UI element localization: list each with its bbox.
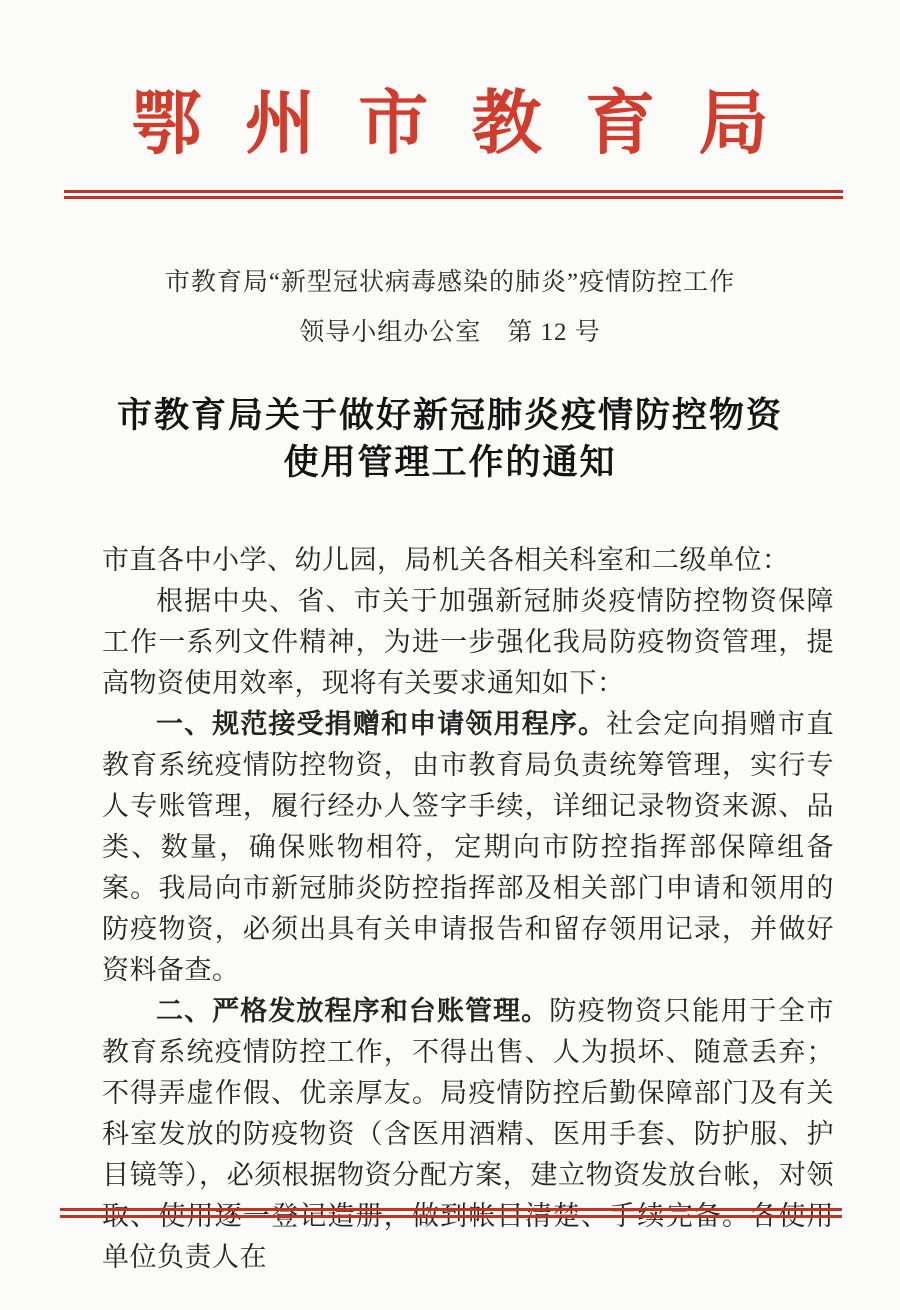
- issuer-line-2: 领导小组办公室 第 12 号: [0, 308, 900, 358]
- salutation: 市直各中小学、幼儿园，局机关各相关科室和二级单位：: [102, 540, 834, 581]
- document-page: 鄂州市教育局 市教育局“新型冠状病毒感染的肺炎”疫情防控工作 领导小组办公室 第…: [0, 0, 900, 1310]
- paragraph-1-text: 根据中央、省、市关于加强新冠肺炎疫情防控物资保障工作一系列文件精神，为进一步强化…: [102, 586, 834, 698]
- paragraph-3-text: 防疫物资只能用于全市教育系统疫情防控工作，不得出售、人为损坏、随意丢弃；不得弄虚…: [102, 996, 834, 1272]
- paragraph-2-lead: 一、规范接受捐赠和申请领用程序。: [156, 709, 606, 739]
- document-title-line-1: 市教育局关于做好新冠肺炎疫情防控物资: [0, 392, 900, 439]
- paragraph-2-text: 社会定向捐赠市直教育系统疫情防控物资，由市教育局负责统筹管理，实行专人专账管理，…: [102, 709, 834, 985]
- paragraph-2: 一、规范接受捐赠和申请领用程序。社会定向捐赠市直教育系统疫情防控物资，由市教育局…: [102, 704, 834, 991]
- footer-rule: [60, 1208, 842, 1218]
- document-body: 市直各中小学、幼儿园，局机关各相关科室和二级单位： 根据中央、省、市关于加强新冠…: [102, 540, 834, 1278]
- issuer-line-1: 市教育局“新型冠状病毒感染的肺炎”疫情防控工作: [0, 258, 900, 308]
- paragraph-3-lead: 二、严格发放程序和台账管理。: [156, 996, 549, 1026]
- issuer-block: 市教育局“新型冠状病毒感染的肺炎”疫情防控工作 领导小组办公室 第 12 号: [0, 258, 900, 358]
- header-rule: [64, 190, 843, 199]
- document-title-line-2: 使用管理工作的通知: [0, 439, 900, 486]
- agency-name: 鄂州市教育局: [0, 86, 900, 163]
- document-title: 市教育局关于做好新冠肺炎疫情防控物资 使用管理工作的通知: [0, 392, 900, 486]
- paragraph-3: 二、严格发放程序和台账管理。防疫物资只能用于全市教育系统疫情防控工作，不得出售、…: [102, 991, 834, 1278]
- paragraph-1: 根据中央、省、市关于加强新冠肺炎疫情防控物资保障工作一系列文件精神，为进一步强化…: [102, 581, 834, 704]
